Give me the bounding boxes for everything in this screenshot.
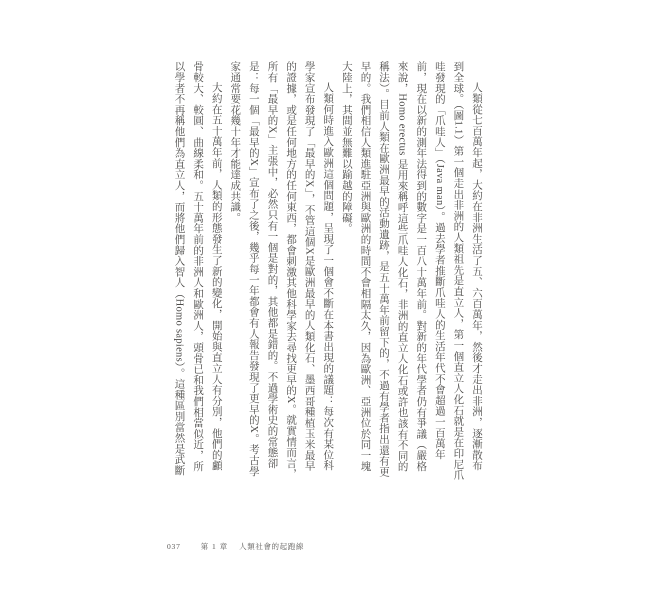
body-paragraph: 人類從七百萬年起，大約在非洲生活了五、六百萬年，然後才走出非洲，逐漸散布到全球。… <box>336 61 485 481</box>
body-paragraph: 人類何時進入歐洲這個問題，呈現了一個會不斷在本書出現的議題：每次有某位科學家宣布… <box>225 61 337 481</box>
body-paragraph: 大約在五十萬年前，人類的形態發生了新的變化，開始與直立人有分別，他們的顱骨較大、… <box>169 61 225 481</box>
page-number: 037 <box>167 542 181 551</box>
page-footer: 037 第 1 章 人類社會的起跑線 <box>167 541 304 552</box>
chapter-label: 第 1 章 <box>201 541 229 552</box>
book-page: 人類從七百萬年起，大約在非洲生活了五、六百萬年，然後才走出非洲，逐漸散布到全球。… <box>0 0 655 609</box>
chapter-title: 人類社會的起跑線 <box>239 541 304 552</box>
body-text-block: 人類從七百萬年起，大約在非洲生活了五、六百萬年，然後才走出非洲，逐漸散布到全球。… <box>169 61 485 481</box>
